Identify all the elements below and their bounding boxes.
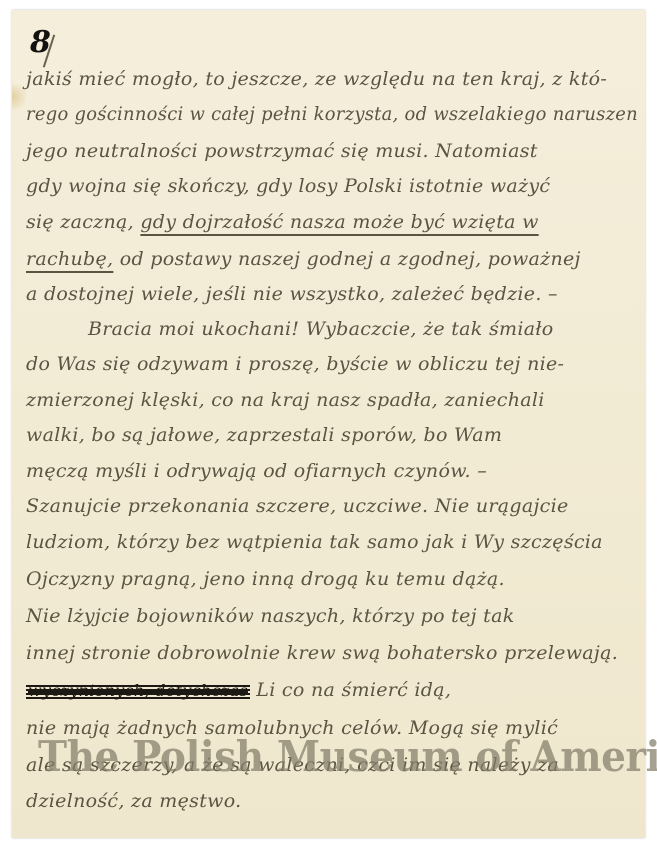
watermark: The Polish Museum of America <box>38 736 596 778</box>
text-line-13: Szanujcie przekonania szczere, uczciwe. … <box>26 495 569 517</box>
text-line-5-plain: się zaczną, <box>26 211 140 233</box>
struck-out-text: wyczynionych, dotychczas <box>26 683 250 699</box>
text-line-7: a dostojnej wiele, jeśli nie wszystko, z… <box>26 283 558 305</box>
text-line-6: rachubę, od postawy naszej godnej a zgod… <box>26 248 581 270</box>
text-line-10: zmierzonej klęski, co na kraj nasz spadł… <box>26 389 545 411</box>
text-line-16: Nie lżyjcie bojowników naszych, którzy p… <box>26 605 515 627</box>
text-line-3: jego neutralności powstrzymać się musi. … <box>26 140 538 162</box>
text-line-18-plain: Li co na śmierć idą, <box>250 679 451 701</box>
text-line-14: ludziom, którzy bez wątpienia tak samo j… <box>26 531 603 553</box>
text-line-15: Ojczyzny pragną, jeno inną drogą ku temu… <box>26 568 505 590</box>
text-line-11: walki, bo są jałowe, zaprzestali sporów,… <box>26 424 502 446</box>
text-line-5-underlined: gdy dojrzałość nasza może być wzięta w <box>140 211 538 233</box>
text-line-17: innej stronie dobrowolnie krew swą bohat… <box>26 642 618 664</box>
text-line-1: jakiś mieć mogło, to jeszcze, ze względu… <box>26 68 607 90</box>
text-line-2: rego gościnności w całej pełni korzysta,… <box>26 103 638 125</box>
text-line-5: się zaczną, gdy dojrzałość nasza może by… <box>26 211 539 233</box>
text-line-21: dzielność, za męstwo. <box>26 790 241 812</box>
text-line-6-plain: od postawy naszej godnej a zgodnej, powa… <box>113 248 580 270</box>
text-line-6-underlined: rachubę, <box>26 248 113 270</box>
text-line-18: wyczynionych, dotychczas Li co na śmierć… <box>26 679 451 701</box>
paper-stain <box>12 84 26 110</box>
text-line-12: męczą myśli i odrywają od ofiarnych czyn… <box>26 460 487 482</box>
text-line-8: Bracia moi ukochani! Wybaczcie, że tak ś… <box>88 318 554 340</box>
text-line-9: do Was się odzywam i proszę, byście w ob… <box>26 353 564 375</box>
text-line-4: gdy wojna się skończy, gdy losy Polski i… <box>26 175 550 197</box>
